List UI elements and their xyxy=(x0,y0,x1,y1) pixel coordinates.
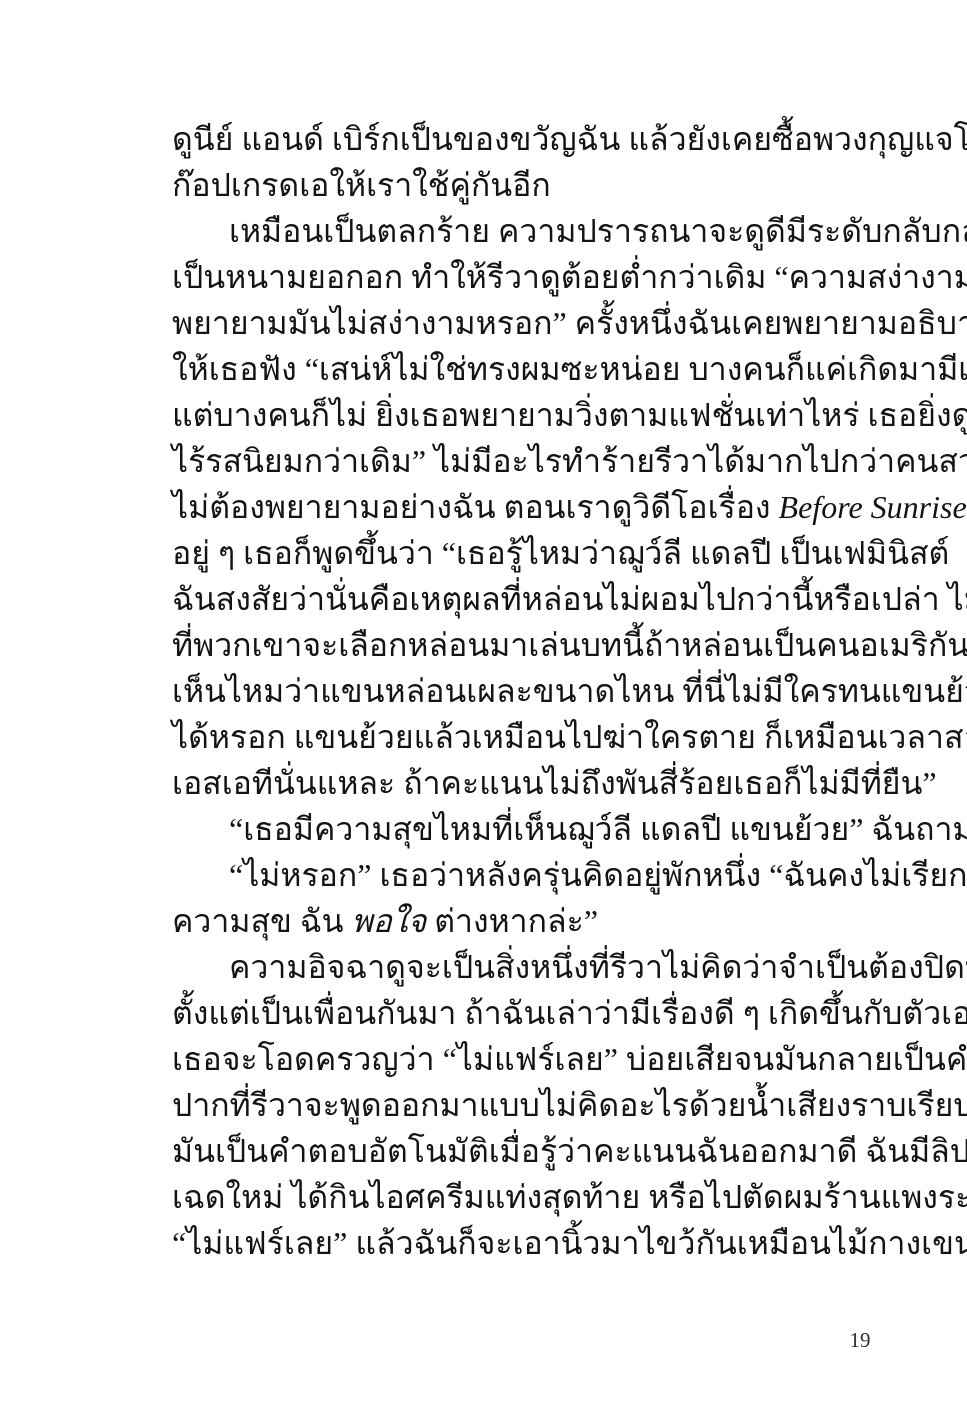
text-line: ฉันสงสัยว่านั่นคือเหตุผลที่หล่อนไม่ผอมไป… xyxy=(172,576,886,622)
text-line: ไร้รสนิยมกว่าเดิม” ไม่มีอะไรทำร้ายรีวาได… xyxy=(172,438,886,484)
text-line: มันเป็นคำตอบอัตโนมัติเมื่อรู้ว่าคะแนนฉัน… xyxy=(172,1128,886,1174)
text-segment: ฉันสงสัยว่านั่นคือเหตุผลที่หล่อนไม่ผอมไป… xyxy=(172,581,967,617)
text-line: ให้เธอฟัง “เสน่ห์ไม่ใช่ทรงผมซะหน่อย บางค… xyxy=(172,346,886,392)
text-line: ความสุข ฉัน พอใจ ต่างหากล่ะ” xyxy=(172,898,886,944)
text-line: “เธอมีความสุขไหมที่เห็นฌูว์ลี แดลปี แขนย… xyxy=(172,806,886,852)
text-line: เอสเอทีนั่นแหละ ถ้าคะแนนไม่ถึงพันสี่ร้อย… xyxy=(172,760,886,806)
text-line: ตั้งแต่เป็นเพื่อนกันมา ถ้าฉันเล่าว่ามีเร… xyxy=(172,990,886,1036)
text-segment: ตั้งแต่เป็นเพื่อนกันมา ถ้าฉันเล่าว่ามีเร… xyxy=(172,995,967,1031)
text-segment: ดูนีย์ แอนด์ เบิร์กเป็นของขวัญฉัน แล้วยั… xyxy=(172,121,967,157)
text-segment: ไร้รสนิยมกว่าเดิม” ไม่มีอะไรทำร้ายรีวาได… xyxy=(172,443,967,479)
text-segment: พยายามมันไม่สง่างามหรอก” ครั้งหนึ่งฉันเค… xyxy=(172,305,967,341)
italic-text-segment: พอใจ xyxy=(352,903,427,939)
text-segment: ให้เธอฟัง “เสน่ห์ไม่ใช่ทรงผมซะหน่อย บางค… xyxy=(172,351,967,387)
text-line: ที่พวกเขาจะเลือกหล่อนมาเล่นบทนี้ถ้าหล่อน… xyxy=(172,622,886,668)
text-segment: ปากที่รีวาจะพูดออกมาแบบไม่คิดอะไรด้วยน้ำ… xyxy=(172,1087,967,1123)
text-segment: “ไม่หรอก” เธอว่าหลังครุ่นคิดอยู่พักหนึ่ง… xyxy=(229,857,967,893)
text-line: ดูนีย์ แอนด์ เบิร์กเป็นของขวัญฉัน แล้วยั… xyxy=(172,116,886,162)
text-line: พยายามมันไม่สง่างามหรอก” ครั้งหนึ่งฉันเค… xyxy=(172,300,886,346)
text-segment: แต่บางคนก็ไม่ ยิ่งเธอพยายามวิ่งตามแฟชั่น… xyxy=(172,397,967,433)
text-line: เหมือนเป็นตลกร้าย ความปรารถนาจะดูดีมีระด… xyxy=(172,208,886,254)
page-number: 19 xyxy=(840,1326,880,1354)
book-page: ดูนีย์ แอนด์ เบิร์กเป็นของขวัญฉัน แล้วยั… xyxy=(0,0,967,1407)
text-segment: เอสเอทีนั่นแหละ ถ้าคะแนนไม่ถึงพันสี่ร้อย… xyxy=(172,765,937,801)
text-segment: ความสุข ฉัน xyxy=(172,903,352,939)
text-segment: “ไม่แฟร์เลย” แล้วฉันก็จะเอานิ้วมาไขว้กัน… xyxy=(172,1225,967,1261)
text-segment: เธอจะโอดครวญว่า “ไม่แฟร์เลย” บ่อยเสียจนม… xyxy=(172,1041,967,1077)
text-line: ได้หรอก แขนย้วยแล้วเหมือนไปฆ่าใครตาย ก็เ… xyxy=(172,714,886,760)
body-text: ดูนีย์ แอนด์ เบิร์กเป็นของขวัญฉัน แล้วยั… xyxy=(172,116,886,1266)
text-segment: ที่พวกเขาจะเลือกหล่อนมาเล่นบทนี้ถ้าหล่อน… xyxy=(172,627,967,663)
text-segment: ต่างหากล่ะ” xyxy=(426,903,598,939)
text-segment: ได้หรอก แขนย้วยแล้วเหมือนไปฆ่าใครตาย ก็เ… xyxy=(172,719,967,755)
italic-text-segment: Before Sunrise xyxy=(779,489,967,525)
text-line: “ไม่แฟร์เลย” แล้วฉันก็จะเอานิ้วมาไขว้กัน… xyxy=(172,1220,886,1266)
text-segment: มันเป็นคำตอบอัตโนมัติเมื่อรู้ว่าคะแนนฉัน… xyxy=(172,1133,967,1169)
text-line: เป็นหนามยอกอก ทำให้รีวาดูต้อยต่ำกว่าเดิม… xyxy=(172,254,886,300)
text-line: อยู่ ๆ เธอก็พูดขึ้นว่า “เธอรู้ไหมว่าฌูว์… xyxy=(172,530,886,576)
text-line: ไม่ต้องพยายามอย่างฉัน ตอนเราดูวิดีโอเรื่… xyxy=(172,484,886,530)
text-segment: “เธอมีความสุขไหมที่เห็นฌูว์ลี แดลปี แขนย… xyxy=(229,811,967,847)
text-line: แต่บางคนก็ไม่ ยิ่งเธอพยายามวิ่งตามแฟชั่น… xyxy=(172,392,886,438)
text-segment: เห็นไหมว่าแขนหล่อนเผละขนาดไหน ที่นี่ไม่ม… xyxy=(172,673,967,709)
text-line: เห็นไหมว่าแขนหล่อนเผละขนาดไหน ที่นี่ไม่ม… xyxy=(172,668,886,714)
text-line: “ไม่หรอก” เธอว่าหลังครุ่นคิดอยู่พักหนึ่ง… xyxy=(172,852,886,898)
text-segment: เหมือนเป็นตลกร้าย ความปรารถนาจะดูดีมีระด… xyxy=(229,213,967,249)
text-segment: เป็นหนามยอกอก ทำให้รีวาดูต้อยต่ำกว่าเดิม… xyxy=(172,259,967,295)
text-line: ความอิจฉาดูจะเป็นสิ่งหนึ่งที่รีวาไม่คิดว… xyxy=(172,944,886,990)
text-line: เฉดใหม่ ได้กินไอศครีมแท่งสุดท้าย หรือไปต… xyxy=(172,1174,886,1220)
text-segment: ก๊อปเกรดเอให้เราใช้คู่กันอีก xyxy=(172,167,551,203)
text-segment: ไม่ต้องพยายามอย่างฉัน ตอนเราดูวิดีโอเรื่… xyxy=(172,489,779,525)
text-segment: เฉดใหม่ ได้กินไอศครีมแท่งสุดท้าย หรือไปต… xyxy=(172,1179,967,1215)
text-line: ปากที่รีวาจะพูดออกมาแบบไม่คิดอะไรด้วยน้ำ… xyxy=(172,1082,886,1128)
text-segment: ความอิจฉาดูจะเป็นสิ่งหนึ่งที่รีวาไม่คิดว… xyxy=(229,949,967,985)
text-line: เธอจะโอดครวญว่า “ไม่แฟร์เลย” บ่อยเสียจนม… xyxy=(172,1036,886,1082)
text-line: ก๊อปเกรดเอให้เราใช้คู่กันอีก xyxy=(172,162,886,208)
text-segment: อยู่ ๆ เธอก็พูดขึ้นว่า “เธอรู้ไหมว่าฌูว์… xyxy=(172,535,949,571)
